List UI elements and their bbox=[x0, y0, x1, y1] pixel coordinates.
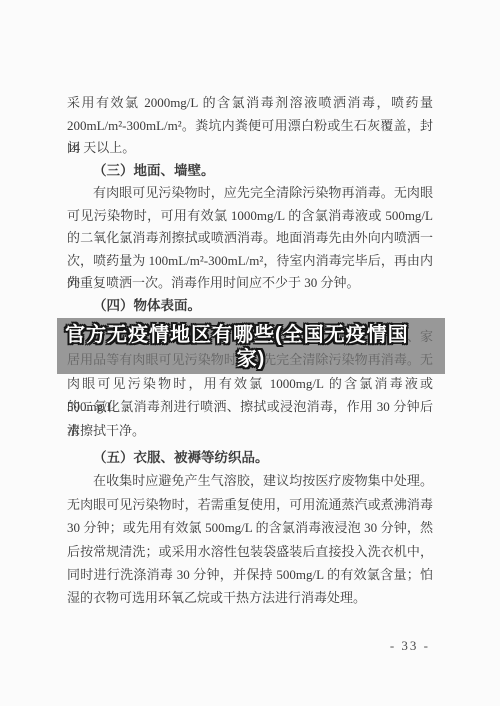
headline-title: 官方无疫情地区有哪些(全国无疫情国 家) bbox=[57, 318, 445, 374]
doc-line: 外重复喷洒一次。消毒作用时间应不少于 30 分钟。 bbox=[67, 272, 433, 295]
doc-line: 在收集时应避免产生气溶胶，建议均按医疗废物集中处理。 bbox=[67, 469, 433, 492]
section-heading: （三）地面、墙壁。 bbox=[67, 160, 433, 183]
doc-line: 同时进行洗涤消毒 30 分钟，并保持 500mg/L 的有效氯含量；怕 bbox=[67, 563, 433, 586]
doc-line: 次，喷药量为 100mL/m²-300mL/m²，待室内消毒完毕后，再由内向 bbox=[67, 250, 433, 273]
doc-line: 无肉眼可见污染物时，若需重复使用，可用流通蒸汽或煮沸消毒 bbox=[67, 493, 433, 516]
doc-line: 采用有效氯 2000mg/L 的含氯消毒剂溶液喷洒消毒，喷药量 bbox=[67, 92, 433, 115]
doc-line: 后按常规清洗；或采用水溶性包装袋盛装后直接投入洗衣机中， bbox=[67, 540, 433, 563]
section-heading: （四）物体表面。 bbox=[67, 295, 433, 318]
headline-overlay-band: 官方无疫情地区有哪些(全国无疫情国 家) bbox=[57, 318, 445, 374]
doc-line: 肉眼可见污染物时，用有效氯 1000mg/L 的含氯消毒液或 500mg/L bbox=[67, 372, 433, 395]
doc-line: 30 分钟；或先用有效氯 500mg/L 的含氯消毒液浸泡 30 分钟，然 bbox=[67, 516, 433, 539]
doc-line: 可见污染物时，可用有效氯 1000mg/L 的含氯消毒液或 500mg/L bbox=[67, 205, 433, 228]
doc-line: 有肉眼可见污染物时，应先完全清除污染物再消毒。无肉眼 bbox=[67, 182, 433, 205]
doc-line: 湿的衣物可选用环氧乙烷或干热方法进行消毒处理。 bbox=[67, 586, 433, 609]
doc-line: 200mL/m²-300mL/m²。粪坑内粪便可用漂白粉或生石灰覆盖，封闭 bbox=[67, 115, 433, 138]
section-heading: （五）衣服、被褥等纺织品。 bbox=[67, 446, 433, 469]
doc-line: 的二氧化氯消毒剂擦拭或喷洒消毒。地面消毒先由外向内喷洒一 bbox=[67, 227, 433, 250]
doc-line: 14 天以上。 bbox=[67, 137, 433, 160]
doc-line: 的二氧化氯消毒剂进行喷洒、擦拭或浸泡消毒，作用 30 分钟后清 bbox=[67, 395, 433, 418]
document-page: 采用有效氯 2000mg/L 的含氯消毒剂溶液喷洒消毒，喷药量 200mL/m²… bbox=[0, 0, 500, 706]
headline-line: 家) bbox=[65, 347, 437, 371]
headline-line: 官方无疫情地区有哪些(全国无疫情国 bbox=[65, 323, 437, 347]
doc-line: 水擦拭干净。 bbox=[67, 419, 433, 442]
page-number: - 33 - bbox=[390, 638, 430, 654]
